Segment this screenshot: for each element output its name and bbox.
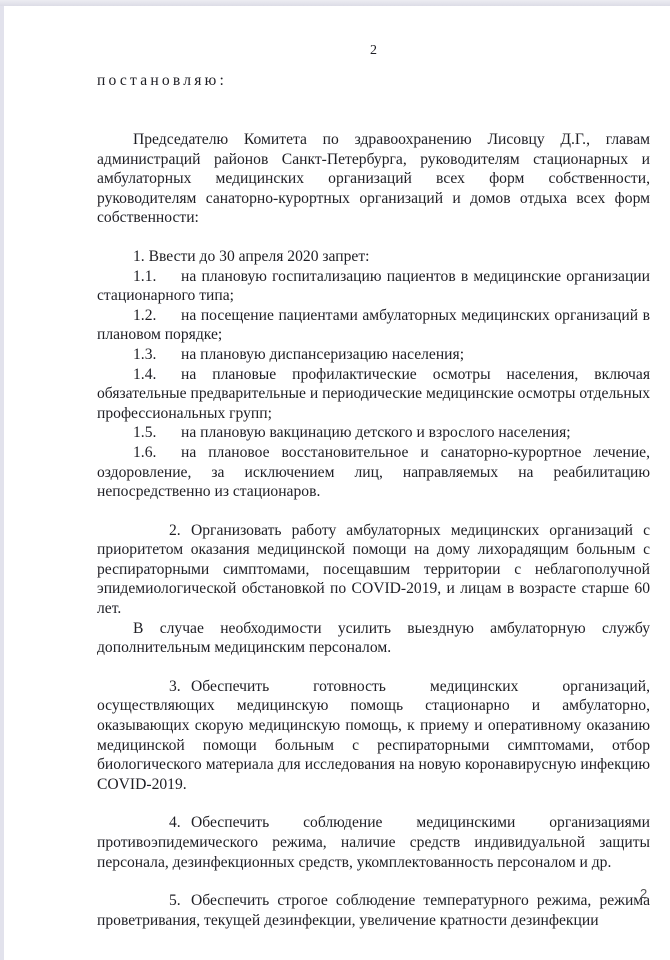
subitem-1-5: 1.5.на плановую вакцинацию детского и вз… <box>97 423 650 443</box>
page-number-top: 2 <box>97 41 650 61</box>
subitem-number: 1.3. <box>133 345 181 365</box>
photo-frame-top-edge <box>0 0 670 6</box>
subitem-number: 1.5. <box>133 423 181 443</box>
subitem-1-1: 1.1.на плановую госпитализацию пациентов… <box>97 267 650 306</box>
item-5-paragraph: 5.Обеспечить строгое соблюдение температ… <box>97 891 650 930</box>
page-number-bottom: 2 <box>640 886 647 901</box>
subitem-text: на плановую диспансеризацию населения; <box>181 346 464 363</box>
item-number: 5. <box>133 891 191 911</box>
document-body: Председателю Комитета по здравоохранению… <box>97 130 650 930</box>
subitem-1-2: 1.2.на посещение пациентами амбулаторных… <box>97 306 650 345</box>
subitem-1-6: 1.6.на плановое восстановительное и сана… <box>97 443 650 502</box>
item-2-extra-paragraph: В случае необходимости усилить выездную … <box>97 619 650 658</box>
subitem-number: 1.1. <box>133 267 181 287</box>
subitem-1-3: 1.3.на плановую диспансеризацию населени… <box>97 345 650 365</box>
item-number: 4. <box>133 813 191 833</box>
item-number: 3. <box>133 677 191 697</box>
subitem-text: на плановую вакцинацию детского и взросл… <box>181 424 571 441</box>
item-4-paragraph: 4.Обеспечить соблюдение медицинскими орг… <box>97 813 650 872</box>
decree-word: постановляю: <box>97 71 227 91</box>
subitem-number: 1.6. <box>133 443 181 463</box>
photo-frame-left-edge <box>0 6 4 960</box>
subitem-number: 1.4. <box>133 365 181 385</box>
item-2-paragraph: 2.Организовать работу амбулаторных медиц… <box>97 521 650 619</box>
item-3-paragraph: 3.Обеспечить готовность медицинских орга… <box>97 677 650 795</box>
subitem-1-4: 1.4.на плановые профилактические осмотры… <box>97 365 650 424</box>
item-1-heading: 1. Ввести до 30 апреля 2020 запрет: <box>97 247 650 267</box>
preamble-paragraph: Председателю Комитета по здравоохранению… <box>97 130 650 228</box>
subitem-number: 1.2. <box>133 306 181 326</box>
item-number: 2. <box>133 521 191 541</box>
